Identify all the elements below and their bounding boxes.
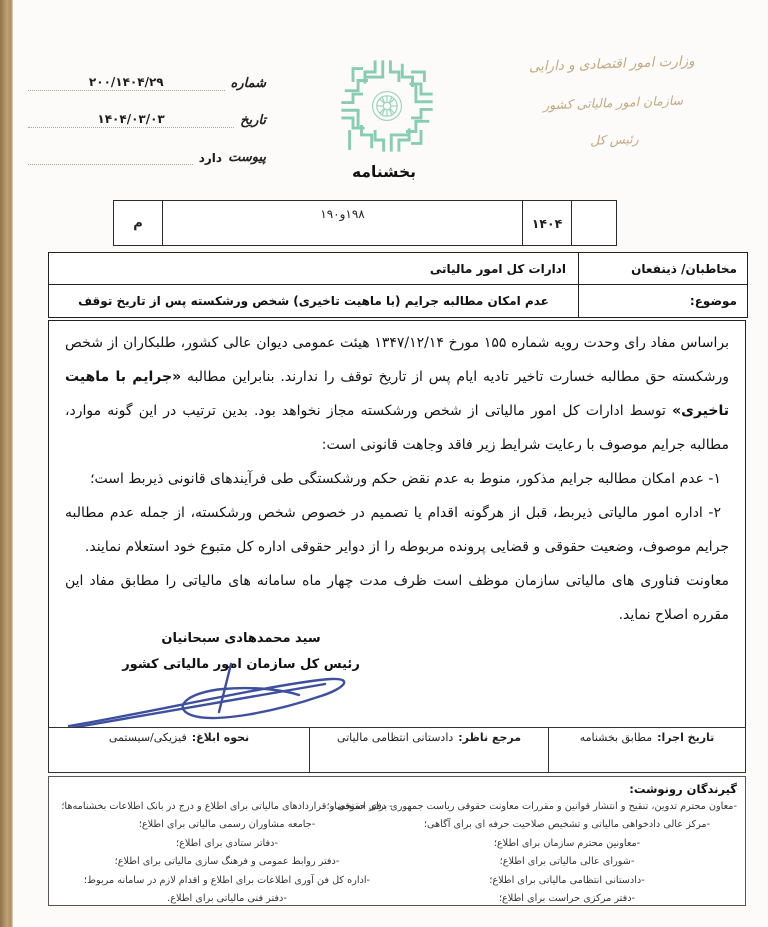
- copy-recipients-box: گیرندگان رونوشت: -معاون محترم تدوین، تنق…: [48, 776, 746, 906]
- copy-recipient-item: -دادستانی انتظامی مالیاتی برای اطلاع؛: [397, 872, 737, 890]
- circular-document-page: وزارت امور اقتصادی و دارایی سازمان امور …: [0, 0, 768, 927]
- signature-block: سید محمدهادی سبحانیان رئیس کل سازمان امو…: [121, 626, 361, 678]
- addressee-row: مخاطبان/ ذینفعان ادارات کل امور مالیاتی: [49, 253, 747, 285]
- copy-recipients-right-column: -معاون محترم تدوین، تنقیح و انتشار قوانی…: [397, 798, 737, 908]
- subject-value: عدم امکان مطالبه جرایم (با ماهیت تاخیری)…: [49, 285, 578, 317]
- body-item-1: ۱- عدم امکان مطالبه جرایم مذکور، منوط به…: [65, 462, 729, 496]
- body-item-2: ۲- اداره امور مالیاتی ذیربط، قبل از هرگو…: [65, 496, 729, 564]
- addressee-subject-table: مخاطبان/ ذینفعان ادارات کل امور مالیاتی …: [48, 252, 748, 318]
- signer-role: رئیس کل: [489, 118, 740, 163]
- addressee-label: مخاطبان/ ذینفعان: [578, 253, 747, 284]
- classification-articles-cell: ۱۹۸و۱۹۰: [162, 201, 522, 245]
- copy-recipient-item: -دفتر مرکزی حراست برای اطلاع؛: [397, 890, 737, 908]
- addressee-value: ادارات کل امور مالیاتی: [49, 253, 578, 284]
- footer-info-table: تاریخ اجرا: مطابق بخشنامه مرجع ناظر: داد…: [48, 727, 746, 773]
- date-label: تاریخ: [240, 113, 266, 128]
- copy-recipient-item: -جامعه مشاوران رسمی مالیاتی برای اطلاع؛: [57, 816, 397, 834]
- copy-recipient-item: -دفتر فنی مالیاتی برای اطلاع.: [57, 890, 397, 908]
- supervisor-value: دادستانی انتظامی مالیاتی: [337, 731, 453, 744]
- number-label: شماره: [231, 76, 266, 91]
- circular-body-box: براساس مفاد رای وحدت رویه شماره ۱۵۵ مورخ…: [48, 320, 746, 728]
- circular-body-text: براساس مفاد رای وحدت رویه شماره ۱۵۵ مورخ…: [65, 326, 729, 632]
- copy-recipient-item: -دفتر روابط عمومی و فرهنگ سازی مالیاتی ب…: [57, 853, 397, 871]
- body-paragraph-1: براساس مفاد رای وحدت رویه شماره ۱۵۵ مورخ…: [65, 326, 729, 462]
- classification-year-cell: ۱۴۰۴: [522, 201, 571, 245]
- classification-table: ۱۴۰۴ ۱۹۸و۱۹۰ م: [113, 200, 617, 246]
- delivery-method-value: فیزیکی/سیستمی: [109, 731, 187, 744]
- supervisor-label: مرجع ناظر:: [458, 731, 521, 744]
- tax-administration-logo-icon: [336, 50, 438, 162]
- scanned-book-edge: [0, 0, 13, 927]
- supervisor-cell: مرجع ناظر: دادستانی انتظامی مالیاتی: [309, 728, 548, 772]
- execution-date-label: تاریخ اجرا:: [657, 731, 714, 744]
- subject-label: موضوع:: [578, 285, 747, 317]
- execution-date-cell: تاریخ اجرا: مطابق بخشنامه: [548, 728, 745, 772]
- classification-serial-cell: [571, 201, 616, 245]
- copy-recipient-item: -دفاتر ستادی برای اطلاع؛: [57, 835, 397, 853]
- copy-recipient-item: -شورای عالی مالیاتی برای اطلاع؛: [397, 853, 737, 871]
- number-row: شماره ۲۰۰/۱۴۰۴/۲۹: [28, 54, 266, 91]
- body-paragraph-1-end: توسط ادارات کل امور مالیاتی از شخص ورشکس…: [65, 403, 729, 453]
- signer-title: رئیس کل سازمان امور مالیاتی کشور: [121, 652, 361, 678]
- copy-recipient-item: -معاون محترم تدوین، تنقیح و انتشار قوانی…: [397, 798, 737, 816]
- subject-row: موضوع: عدم امکان مطالبه جرایم (با ماهیت …: [49, 285, 747, 317]
- attachment-row: پیوست دارد: [28, 128, 266, 165]
- document-meta: شماره ۲۰۰/۱۴۰۴/۲۹ تاریخ ۱۴۰۴/۰۳/۰۳ پیوست…: [28, 54, 266, 165]
- copy-recipient-item: -مرکز عالی دادخواهی مالیاتی و تشخیص صلاح…: [397, 816, 737, 834]
- date-row: تاریخ ۱۴۰۴/۰۳/۰۳: [28, 91, 266, 128]
- copy-recipients-header: گیرندگان رونوشت:: [57, 780, 737, 798]
- number-value: ۲۰۰/۱۴۰۴/۲۹: [89, 75, 164, 89]
- copy-recipients-left-column: - دفتر حقوقی و قراردادهای مالیاتی برای ا…: [57, 798, 397, 908]
- copy-recipients-columns: -معاون محترم تدوین، تنقیح و انتشار قوانی…: [57, 798, 737, 908]
- copy-recipient-item: - دفتر حقوقی و قراردادهای مالیاتی برای ا…: [57, 798, 397, 816]
- copy-recipient-item: -معاونین محترم سازمان برای اطلاع؛: [397, 835, 737, 853]
- execution-date-value: مطابق بخشنامه: [580, 731, 652, 744]
- signer-name: سید محمدهادی سبحانیان: [121, 626, 361, 652]
- date-value: ۱۴۰۴/۰۳/۰۳: [97, 112, 164, 126]
- classification-code-cell: م: [114, 201, 162, 245]
- letterhead: وزارت امور اقتصادی و دارایی سازمان امور …: [486, 40, 740, 163]
- document-type-title: بخشنامه: [0, 163, 768, 181]
- delivery-method-cell: نحوه ابلاغ: فیزیکی/سیستمی: [49, 728, 309, 772]
- delivery-method-label: نحوه ابلاغ:: [192, 731, 249, 744]
- body-paragraph-2: معاونت فناوری های مالیاتی سازمان موظف اس…: [65, 564, 729, 632]
- copy-recipient-item: -اداره کل فن آوری اطلاعات برای اطلاع و ا…: [57, 872, 397, 890]
